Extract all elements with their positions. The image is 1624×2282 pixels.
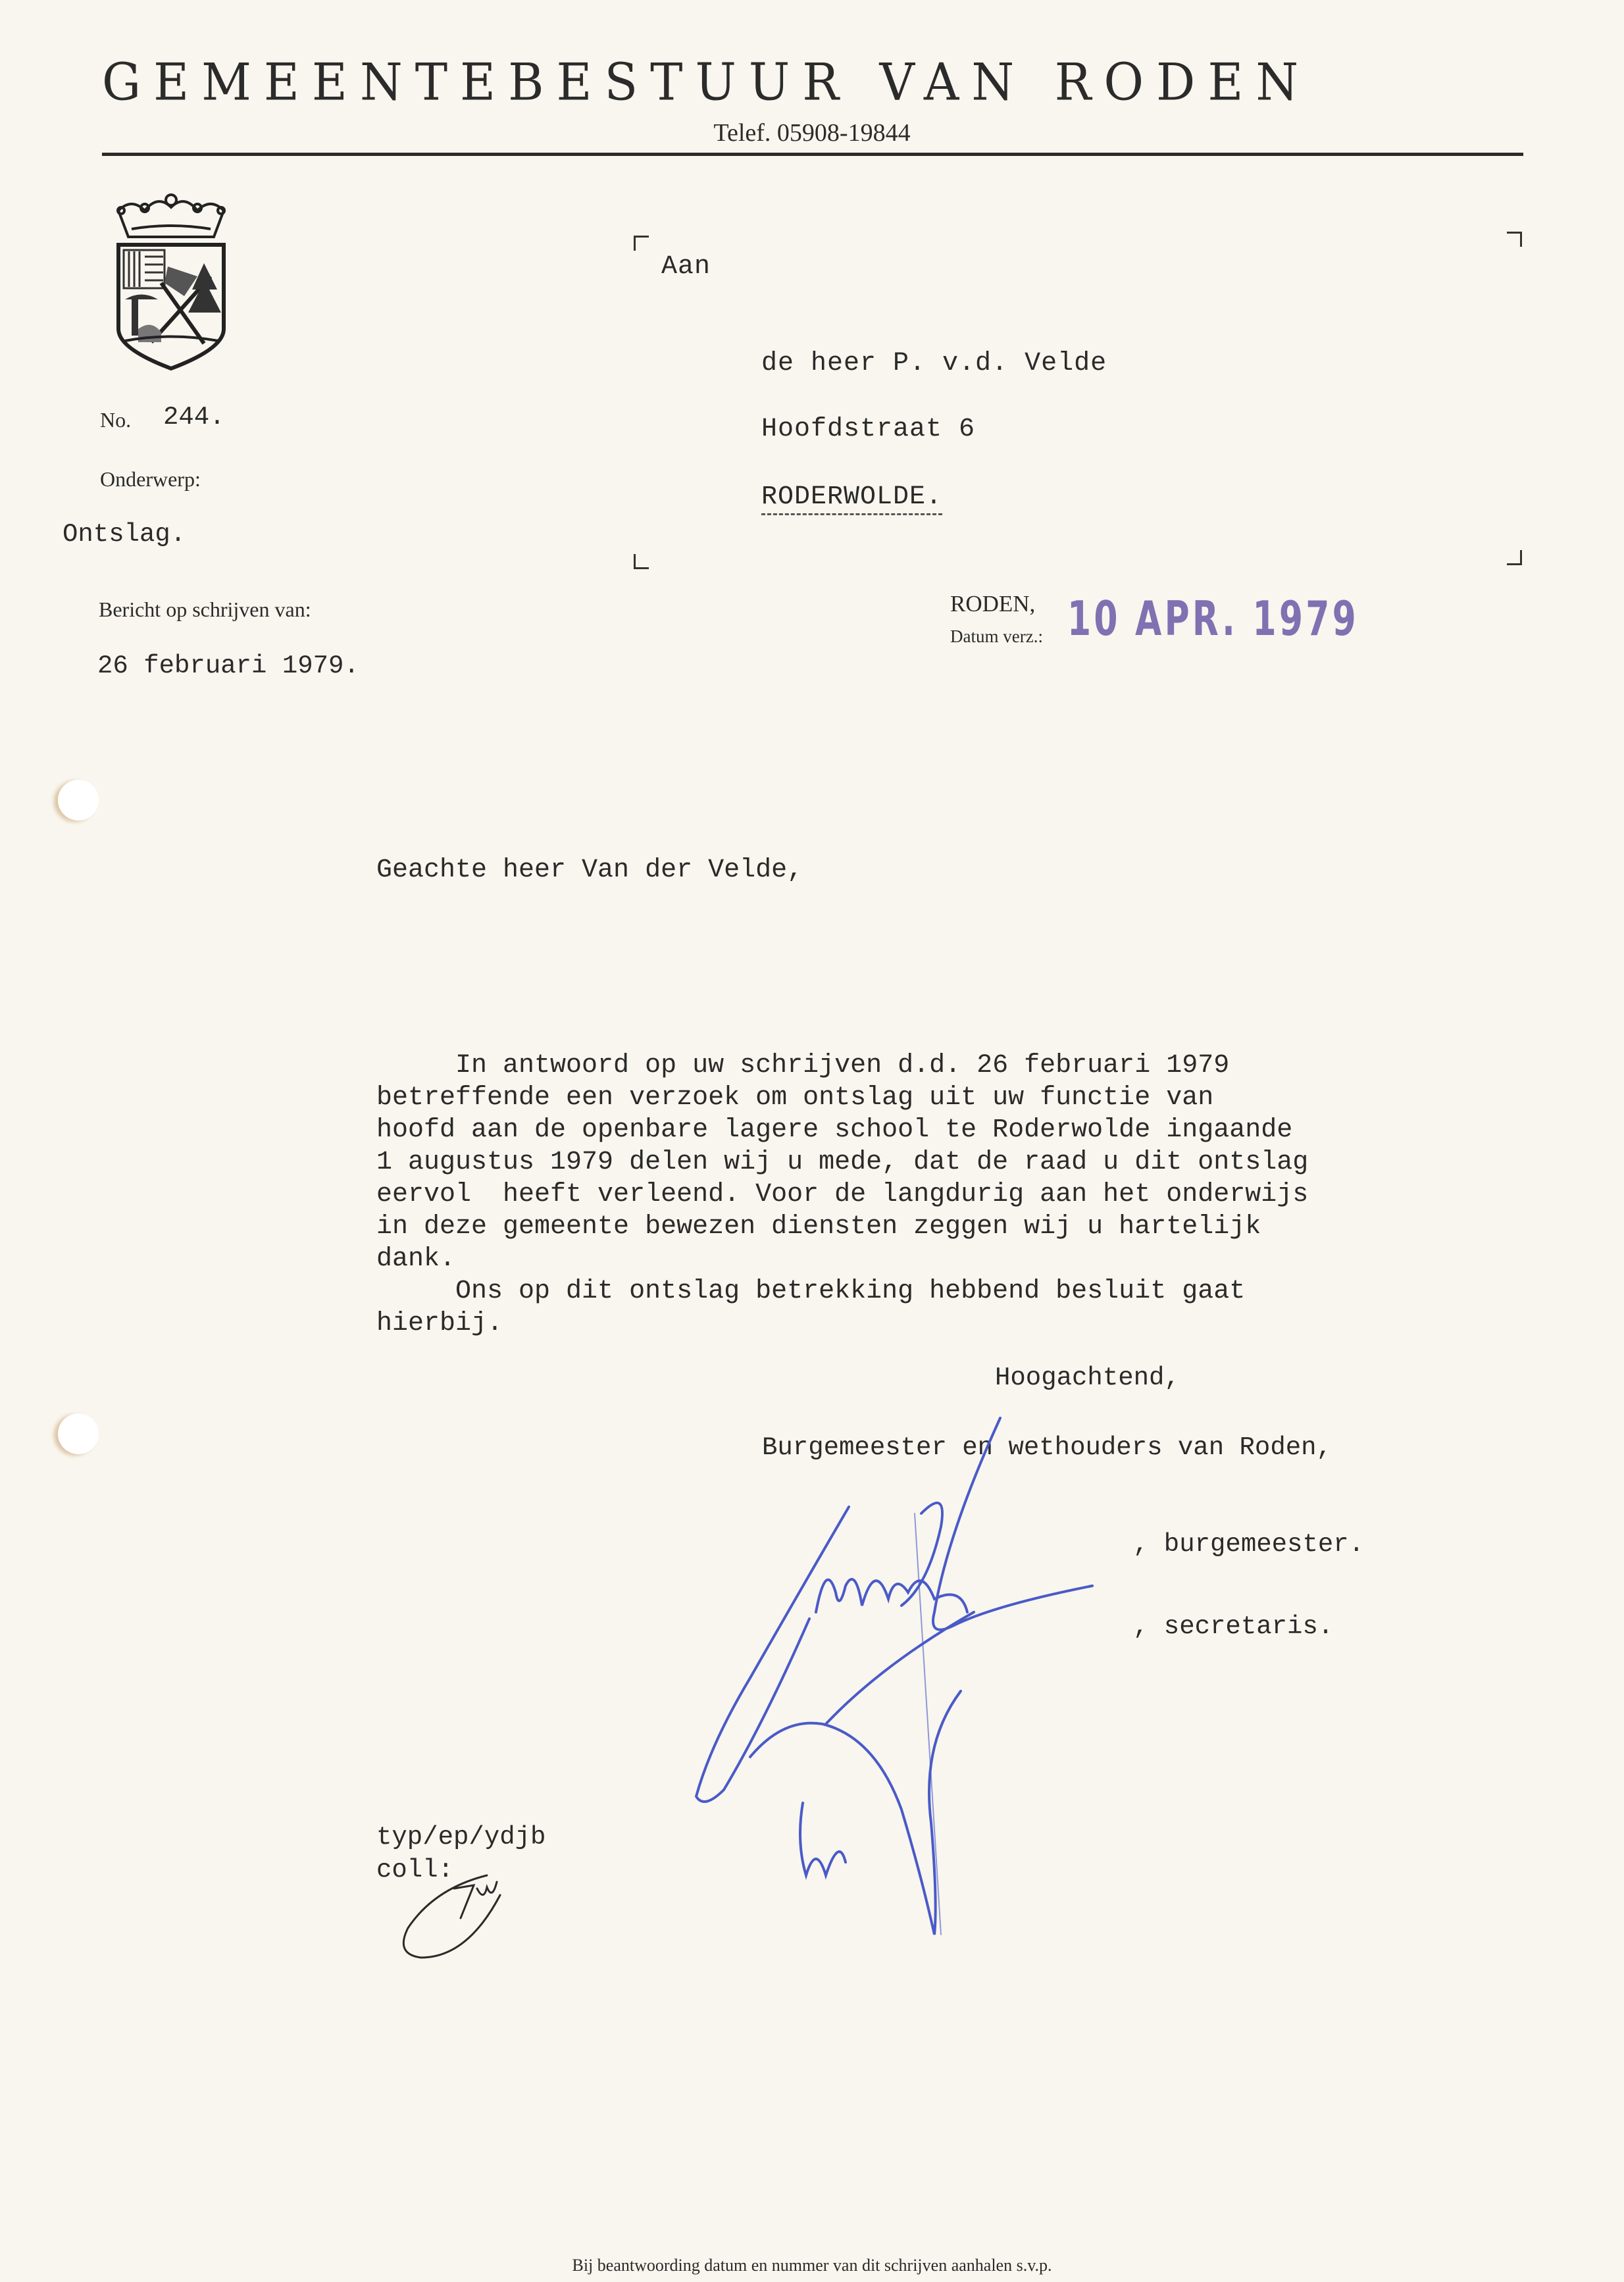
subject-label: Onderwerp: [100, 467, 201, 492]
letterhead-title: GEMEENTEBESTUUR VAN RODEN [102, 53, 1523, 112]
date-stamp: 10 APR. 1979 [1067, 591, 1359, 646]
body-line: in deze gemeente bewezen diensten zeggen… [376, 1211, 1403, 1243]
coat-of-arms-icon [105, 191, 237, 375]
recipient-prefix: Aan [661, 252, 711, 282]
letterhead-phone: Telef. 05908-19844 [0, 118, 1624, 147]
reply-reference-date: 26 februari 1979. [97, 651, 359, 680]
punch-hole-lower [58, 1413, 99, 1454]
signature-ink [684, 1415, 1184, 1941]
footer-instruction: Bij beantwoording datum en nummer van di… [0, 2256, 1624, 2275]
body-line: hoofd aan de openbare lagere school te R… [376, 1114, 1403, 1146]
body-line: hierbij. [376, 1307, 1403, 1340]
body-line: 1 augustus 1979 delen wij u mede, dat de… [376, 1146, 1403, 1179]
reference-number-value: 244. [163, 403, 225, 432]
reference-number-label: No. [100, 408, 131, 432]
body-line: betreffende een verzoek om ontslag uit u… [376, 1082, 1403, 1114]
recipient-city: RODERWOLDE. [761, 482, 942, 515]
address-window-corner-tl [634, 236, 649, 251]
letter-greeting: Geachte heer Van der Velde, [376, 855, 803, 885]
address-window-corner-bl [634, 554, 649, 569]
recipient-name: de heer P. v.d. Velde [761, 349, 1107, 378]
letter-closing: Hoogachtend, [995, 1363, 1180, 1392]
collation-initials-ink [395, 1856, 553, 1961]
subject-value: Ontslag. [63, 520, 186, 549]
recipient-street: Hoofdstraat 6 [761, 415, 975, 444]
body-line: Ons op dit ontslag betrekking hebbend be… [376, 1275, 1403, 1307]
reply-reference-label: Bericht op schrijven van: [99, 597, 311, 622]
address-window-corner-br [1507, 550, 1522, 565]
punch-hole-upper [58, 780, 99, 821]
typist-initials: typ/ep/ydjb [376, 1823, 546, 1852]
dateline-sent-label: Datum verz.: [950, 626, 1043, 647]
body-line: eervol heeft verleend. Voor de langdurig… [376, 1179, 1403, 1211]
address-window-corner-tr [1507, 232, 1522, 247]
body-line: dank. [376, 1243, 1403, 1275]
letterhead-divider [102, 153, 1523, 156]
dateline-place: RODEN, [950, 591, 1035, 617]
letter-body: In antwoord op uw schrijven d.d. 26 febr… [376, 1050, 1403, 1340]
body-line: In antwoord op uw schrijven d.d. 26 febr… [376, 1050, 1403, 1082]
